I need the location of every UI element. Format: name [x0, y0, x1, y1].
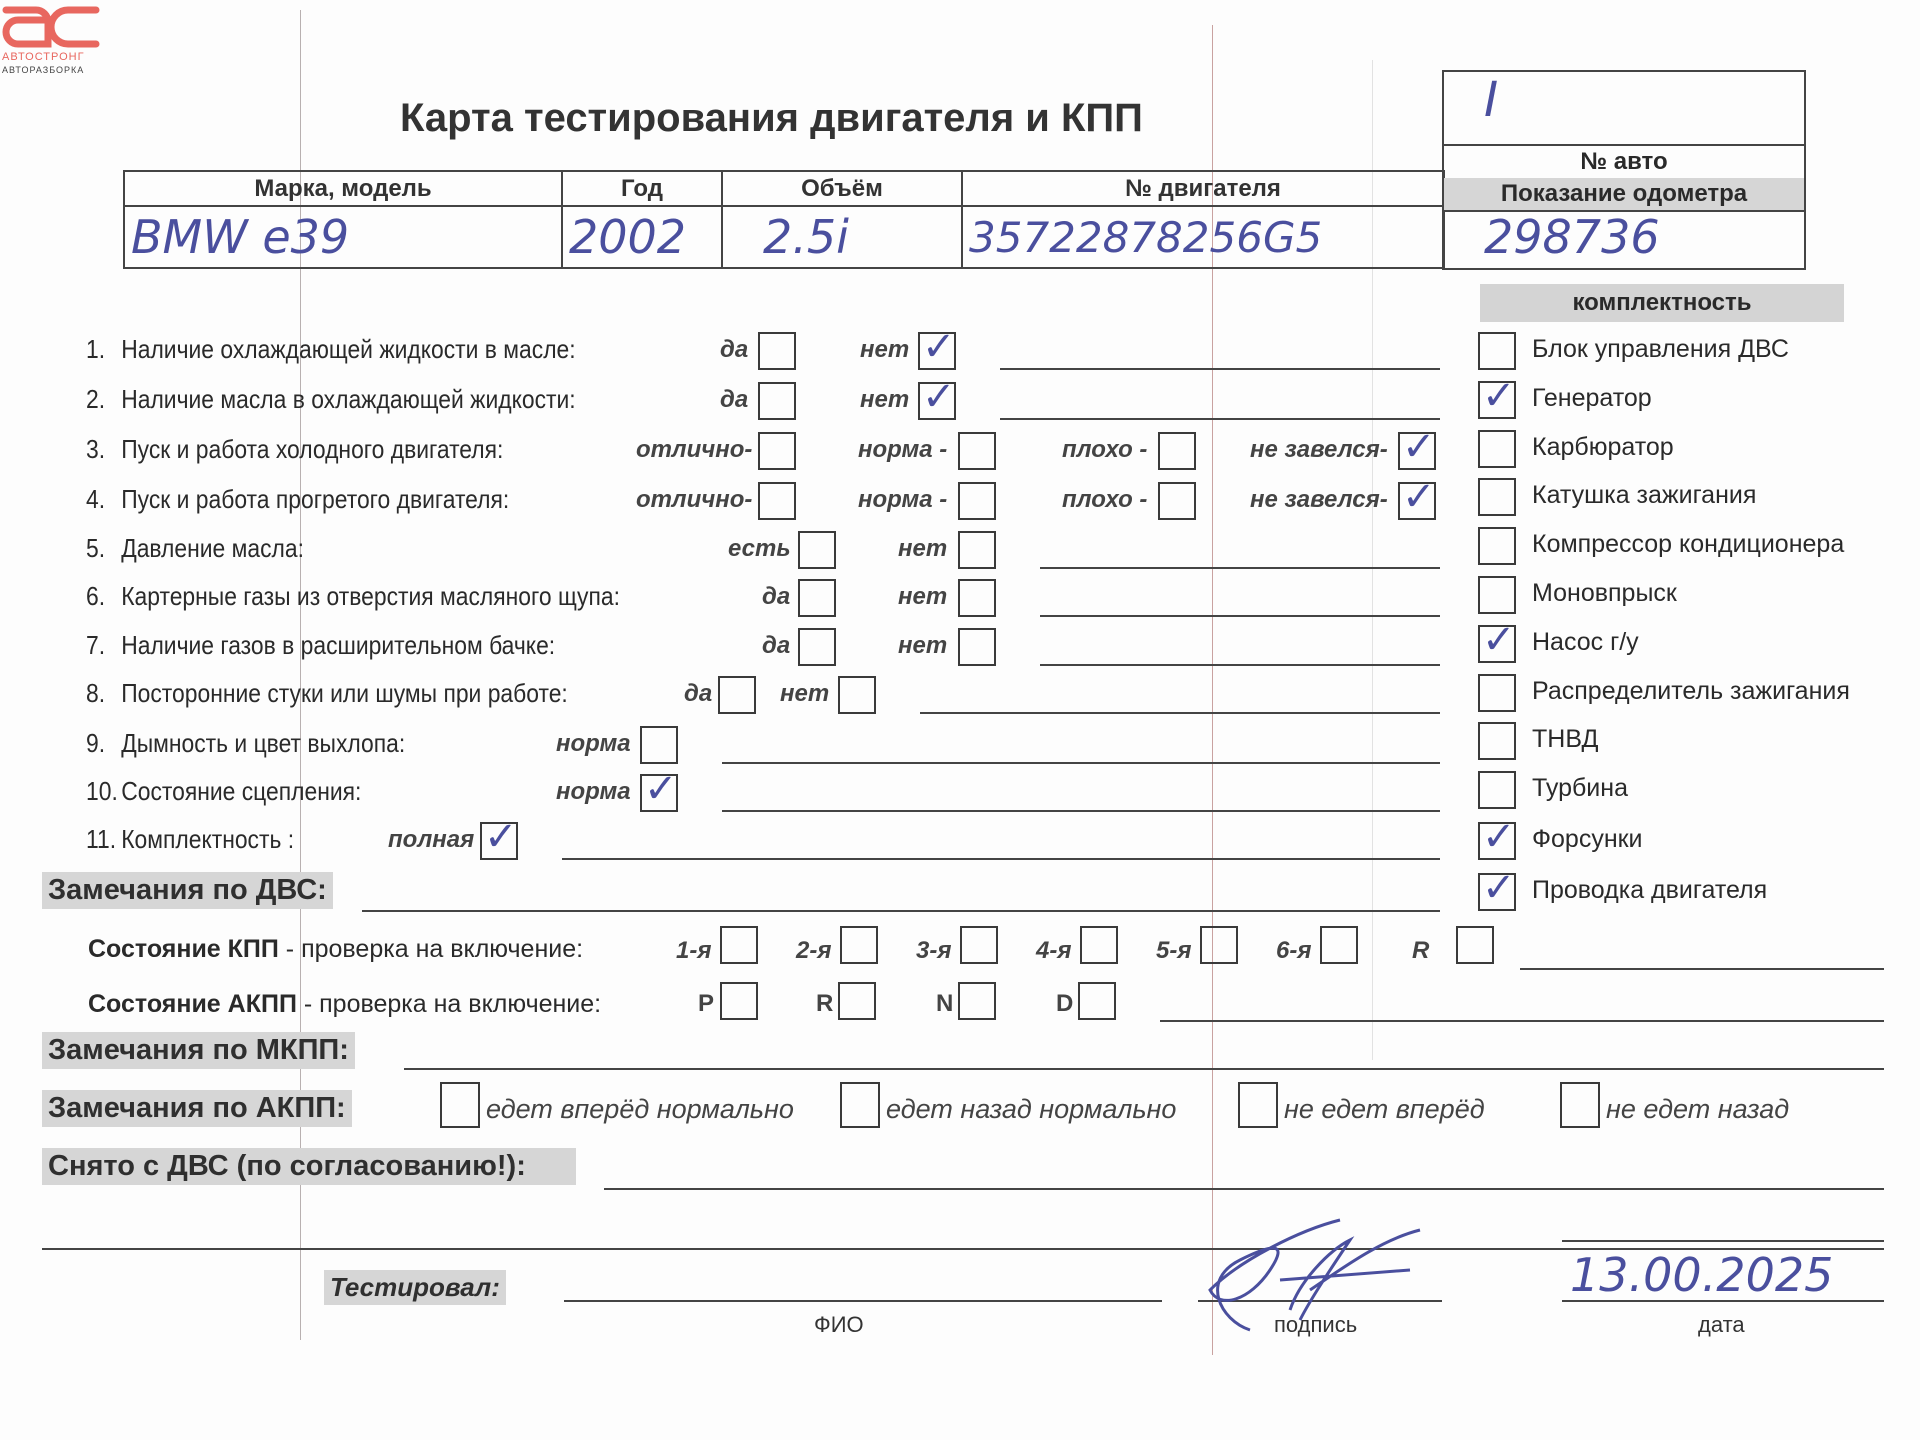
gear-label: N [936, 990, 953, 1018]
option-label: нет [860, 386, 909, 414]
option-checkbox[interactable] [958, 628, 996, 666]
option-checkbox[interactable] [798, 628, 836, 666]
year-value[interactable]: 2002 [562, 206, 722, 268]
gear-checkbox[interactable] [840, 926, 878, 964]
gear-label: 6-я [1276, 937, 1311, 965]
option-label: не завелся- [1250, 486, 1388, 514]
akpp-label: Состояние АКПП - проверка на включение: [88, 990, 601, 1019]
akpp-notes-line[interactable] [1160, 1020, 1884, 1022]
akpp-remark-checkbox[interactable] [840, 1082, 880, 1128]
gear-label: R [816, 990, 833, 1018]
option-checkbox[interactable] [958, 432, 996, 470]
completeness-item-label: Насос г/у [1532, 628, 1639, 657]
name-line[interactable] [564, 1300, 1162, 1302]
option-checkbox[interactable]: ✓ [640, 774, 678, 812]
question-number: 11. [86, 824, 121, 855]
question-number: 3. [86, 434, 121, 465]
option-checkbox[interactable] [958, 579, 996, 617]
gear-checkbox[interactable] [720, 982, 758, 1020]
logo-brand-name: АВТОСТРОНГ [2, 51, 85, 63]
option-checkbox[interactable] [758, 382, 796, 420]
option-checkbox[interactable]: ✓ [1398, 482, 1436, 520]
completeness-checkbox[interactable]: ✓ [1478, 822, 1516, 860]
gear-label: 1-я [676, 937, 711, 965]
removed-from-ice-label: Снято с ДВС (по согласованию!): [42, 1148, 576, 1185]
notes-line[interactable] [562, 858, 1440, 860]
completeness-item-label: Компрессор кондиционера [1532, 530, 1844, 559]
question-label: Дымность и цвет выхлопа: [121, 728, 405, 758]
option-label: плохо - [1062, 436, 1147, 464]
date-top-line [1562, 1240, 1884, 1242]
question-number: 10. [86, 776, 121, 807]
question-number: 9. [86, 728, 121, 759]
tested-by-label: Тестировал: [324, 1270, 506, 1305]
header-volume: Объём [722, 171, 962, 206]
gear-checkbox[interactable] [838, 982, 876, 1020]
question-label: Наличие охлаждающей жидкости в масле: [121, 334, 575, 364]
option-checkbox[interactable]: ✓ [918, 382, 956, 420]
option-label: нет [898, 583, 947, 611]
option-label: да [720, 386, 748, 414]
option-label: норма [556, 730, 631, 758]
header-year: Год [562, 171, 722, 206]
gear-checkbox[interactable] [1320, 926, 1358, 964]
option-label: да [762, 632, 790, 660]
notes-line[interactable] [1000, 418, 1440, 420]
remarks-mkpp-label: Замечания по МКПП: [42, 1032, 355, 1069]
gear-checkbox[interactable] [720, 926, 758, 964]
option-label: норма [556, 778, 631, 806]
option-label: плохо - [1062, 486, 1147, 514]
option-label: да [684, 680, 712, 708]
option-checkbox[interactable] [1158, 482, 1196, 520]
checkmark-icon: ✓ [1402, 428, 1436, 466]
notes-line[interactable] [1040, 567, 1440, 569]
notes-line[interactable] [722, 762, 1440, 764]
option-checkbox[interactable] [958, 531, 996, 569]
question-label: Давление масла: [121, 533, 304, 563]
question-label: Пуск и работа холодного двигателя: [121, 434, 503, 464]
checkmark-icon: ✓ [1482, 377, 1516, 415]
completeness-item-label: Карбюратор [1532, 433, 1674, 462]
completeness-checkbox[interactable]: ✓ [1478, 625, 1516, 663]
akpp-remark-checkbox[interactable] [1560, 1082, 1600, 1128]
vehicle-info-table: Марка, модель Год Объём № двигателя BMW … [123, 170, 1445, 269]
odometer-value[interactable]: 298736 [1444, 210, 1804, 270]
checkmark-icon: ✓ [1482, 869, 1516, 907]
completeness-checkbox[interactable] [1478, 478, 1516, 516]
completeness-checkbox[interactable] [1478, 722, 1516, 760]
notes-line[interactable] [722, 810, 1440, 812]
header-engine-number: № двигателя [962, 171, 1444, 206]
question-number: 6. [86, 581, 121, 612]
option-label: да [720, 336, 748, 364]
option-label: полная [388, 826, 474, 854]
option-label: нет [860, 336, 909, 364]
option-checkbox[interactable] [758, 432, 796, 470]
option-label: нет [898, 535, 947, 563]
remarks-ice-line[interactable] [362, 910, 1440, 912]
question-number: 7. [86, 630, 121, 661]
remarks-akpp-label: Замечания по АКПП: [42, 1090, 352, 1127]
checklist-question: 10.Состояние сцепления: [86, 776, 361, 807]
completeness-item-label: Распределитель зажигания [1532, 677, 1850, 706]
completeness-item-label: Проводка двигателя [1532, 876, 1767, 905]
gear-checkbox[interactable] [1456, 926, 1494, 964]
option-checkbox[interactable] [758, 332, 796, 370]
gear-checkbox[interactable] [1200, 926, 1238, 964]
option-checkbox[interactable] [958, 482, 996, 520]
checklist-question: 7.Наличие газов в расширительном бачке: [86, 630, 555, 661]
checklist-question: 5.Давление масла: [86, 533, 304, 564]
gear-checkbox[interactable] [1080, 926, 1118, 964]
gear-label: 2-я [796, 937, 831, 965]
checkmark-icon: ✓ [1402, 478, 1436, 516]
checkmark-icon: ✓ [644, 770, 678, 808]
akpp-remark-label: не едет вперёд [1284, 1094, 1485, 1125]
question-number: 8. [86, 678, 121, 709]
akpp-remark-checkbox[interactable] [1238, 1082, 1278, 1128]
checkmark-icon: ✓ [922, 328, 956, 366]
checklist-question: 3.Пуск и работа холодного двигателя: [86, 434, 503, 465]
option-checkbox[interactable] [798, 579, 836, 617]
gear-checkbox[interactable] [960, 926, 998, 964]
completeness-checkbox[interactable] [1478, 332, 1516, 370]
notes-line[interactable] [1040, 664, 1440, 666]
checklist-question: 1.Наличие охлаждающей жидкости в масле: [86, 334, 576, 365]
akpp-remark-label: едет назад нормально [886, 1094, 1176, 1125]
gear-label: D [1056, 990, 1073, 1018]
option-label: нет [780, 680, 829, 708]
gear-checkbox[interactable] [958, 982, 996, 1020]
auto-number-label: № авто [1444, 146, 1804, 180]
option-checkbox[interactable]: ✓ [918, 332, 956, 370]
checklist-question: 6.Картерные газы из отверстия масляного … [86, 581, 620, 612]
notes-line[interactable] [1000, 368, 1440, 370]
completeness-item-label: Моновпрыск [1532, 579, 1677, 608]
option-checkbox[interactable] [758, 482, 796, 520]
auto-number-value[interactable]: I [1444, 72, 1804, 146]
question-number: 4. [86, 484, 121, 515]
completeness-checkbox[interactable] [1478, 430, 1516, 468]
odometer-label: Показание одометра [1444, 178, 1804, 212]
completeness-item-label: ТНВД [1532, 725, 1598, 754]
completeness-checkbox[interactable] [1478, 771, 1516, 809]
notes-line[interactable] [1040, 615, 1440, 617]
checklist-question: 8.Посторонние стуки или шумы при работе: [86, 678, 568, 709]
completeness-checkbox[interactable]: ✓ [1478, 873, 1516, 911]
kpp-notes-line[interactable] [1520, 968, 1884, 970]
akpp-remark-label: не едет назад [1606, 1094, 1789, 1125]
logo-tagline: АВТОРАЗБОРКА [2, 65, 84, 75]
checklist-question: 2.Наличие масла в охлаждающей жидкости: [86, 384, 576, 415]
remarks-mkpp-line[interactable] [404, 1068, 1884, 1070]
option-checkbox[interactable]: ✓ [1398, 432, 1436, 470]
option-label: норма - [858, 486, 947, 514]
akpp-remark-label: едет вперёд нормально [486, 1094, 794, 1125]
checklist-question: 11.Комплектность : [86, 824, 294, 855]
akpp-remark-checkbox[interactable] [440, 1082, 480, 1128]
gear-label: R [1412, 937, 1429, 965]
kpp-label: Состояние КПП - проверка на включение: [88, 935, 583, 964]
completeness-checkbox[interactable]: ✓ [1478, 381, 1516, 419]
removed-from-ice-line[interactable] [604, 1188, 1884, 1190]
completeness-item-label: Турбина [1532, 774, 1628, 803]
option-label: да [762, 583, 790, 611]
question-number: 1. [86, 334, 121, 365]
completeness-item-label: Генератор [1532, 384, 1652, 413]
question-label: Состояние сцепления: [121, 776, 361, 806]
option-checkbox[interactable] [838, 676, 876, 714]
option-label: есть [728, 535, 791, 563]
gear-label: 5-я [1156, 937, 1191, 965]
autostrong-logo-icon [0, 0, 100, 55]
engine-number-value[interactable]: 35722878256G5 [962, 206, 1444, 268]
option-label: отлично- [636, 436, 752, 464]
header-make-model: Марка, модель [124, 171, 562, 206]
date-value[interactable]: 13.00.2025 [1570, 1248, 1833, 1302]
remarks-ice-label: Замечания по ДВС: [42, 872, 333, 909]
question-label: Наличие масла в охлаждающей жидкости: [121, 384, 575, 414]
question-label: Пуск и работа прогретого двигателя: [121, 484, 509, 514]
completeness-header: комплектность [1480, 284, 1844, 322]
option-label: не завелся- [1250, 436, 1388, 464]
option-label: отлично- [636, 486, 752, 514]
completeness-item-label: Блок управления ДВС [1532, 335, 1789, 364]
gear-label: 3-я [916, 937, 951, 965]
option-checkbox[interactable]: ✓ [480, 822, 518, 860]
checkmark-icon: ✓ [484, 818, 518, 856]
page-title: Карта тестирования двигателя и КПП [400, 96, 1143, 141]
option-checkbox[interactable] [718, 676, 756, 714]
option-label: норма - [858, 436, 947, 464]
option-checkbox[interactable] [798, 531, 836, 569]
question-label: Комплектность : [121, 824, 294, 854]
option-label: нет [898, 632, 947, 660]
gear-label: P [698, 990, 714, 1018]
checkmark-icon: ✓ [1482, 818, 1516, 856]
option-checkbox[interactable] [640, 726, 678, 764]
name-caption: ФИО [814, 1312, 864, 1338]
make-model-value[interactable]: BMW e39 [124, 206, 562, 268]
gear-label: 4-я [1036, 937, 1071, 965]
completeness-checkbox[interactable] [1478, 576, 1516, 614]
option-checkbox[interactable] [1158, 432, 1196, 470]
checklist-question: 9.Дымность и цвет выхлопа: [86, 728, 405, 759]
question-label: Картерные газы из отверстия масляного щу… [121, 581, 620, 611]
completeness-checkbox[interactable] [1478, 674, 1516, 712]
gear-checkbox[interactable] [1078, 982, 1116, 1020]
completeness-checkbox[interactable] [1478, 527, 1516, 565]
completeness-item-label: Катушка зажигания [1532, 481, 1756, 510]
question-number: 2. [86, 384, 121, 415]
checklist-question: 4.Пуск и работа прогретого двигателя: [86, 484, 509, 515]
question-number: 5. [86, 533, 121, 564]
auto-odometer-box: I № авто Показание одометра 298736 [1442, 70, 1806, 270]
question-label: Наличие газов в расширительном бачке: [121, 630, 555, 660]
signature-scribble-icon [1180, 1200, 1440, 1340]
date-caption: дата [1698, 1312, 1745, 1338]
question-label: Посторонние стуки или шумы при работе: [121, 678, 568, 708]
completeness-item-label: Форсунки [1532, 825, 1643, 854]
checkmark-icon: ✓ [922, 378, 956, 416]
volume-value[interactable]: 2.5i [722, 206, 962, 268]
notes-line[interactable] [920, 712, 1440, 714]
checkmark-icon: ✓ [1482, 621, 1516, 659]
